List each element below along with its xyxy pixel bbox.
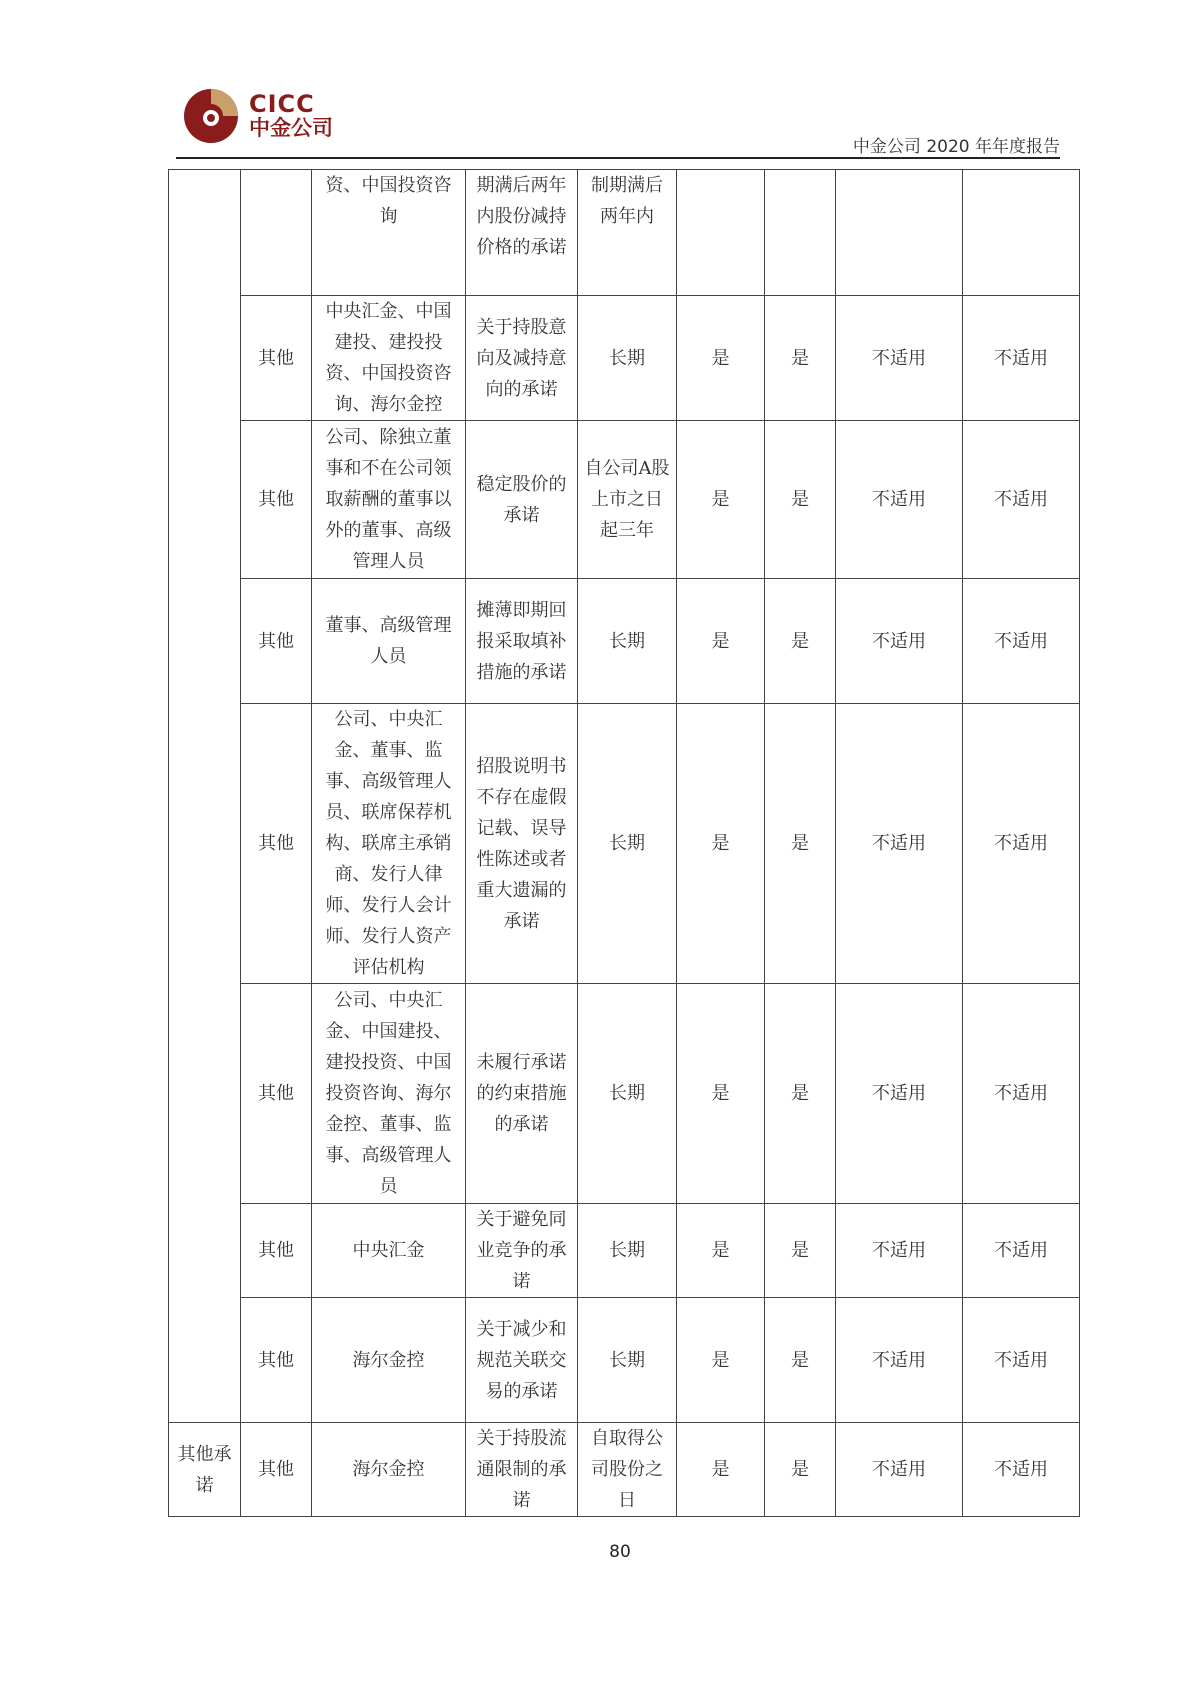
cell-content: 未履行承诺的约束措施的承诺 (466, 984, 578, 1204)
cell-type: 其他 (241, 579, 312, 704)
cell-type: 其他 (241, 296, 312, 421)
cell-term: 长期 (578, 296, 677, 421)
cell-party: 资、中国投资咨询 (312, 170, 466, 296)
cell-fulfilled (765, 170, 836, 296)
cell-content: 期满后两年内股份减持价格的承诺 (466, 170, 578, 296)
table-row: 其他承诺 其他 海尔金控 关于持股流通限制的承诺 自取得公司股份之日 是 是 不… (169, 1423, 1080, 1517)
cell-has-term: 是 (677, 579, 765, 704)
cell-party: 中央汇金 (312, 1204, 466, 1298)
cell-reason: 不适用 (836, 1298, 963, 1423)
cell-content: 关于持股流通限制的承诺 (466, 1423, 578, 1517)
cell-plan: 不适用 (963, 579, 1080, 704)
page-number: 80 (0, 1542, 1190, 1562)
cell-reason: 不适用 (836, 579, 963, 704)
cell-plan (963, 170, 1080, 296)
cell-reason: 不适用 (836, 1204, 963, 1298)
table-row: 资、中国投资咨询 期满后两年内股份减持价格的承诺 制期满后两年内 (169, 170, 1080, 296)
cell-party: 中央汇金、中国建投、建投投资、中国投资咨询、海尔金控 (312, 296, 466, 421)
table-row: 其他 公司、中央汇金、董事、监事、高级管理人员、联席保荐机构、联席主承销商、发行… (169, 704, 1080, 984)
cell-term: 自取得公司股份之日 (578, 1423, 677, 1517)
cell-term: 长期 (578, 579, 677, 704)
table-row: 其他 公司、中央汇金、中国建投、建投投资、中国投资咨询、海尔金控、董事、监事、高… (169, 984, 1080, 1204)
cell-background: 其他承诺 (169, 1423, 241, 1517)
cell-fulfilled: 是 (765, 296, 836, 421)
cell-plan: 不适用 (963, 1204, 1080, 1298)
cell-background (169, 170, 241, 1423)
table-row: 其他 中央汇金 关于避免同业竞争的承诺 长期 是 是 不适用 不适用 (169, 1204, 1080, 1298)
cell-term: 长期 (578, 1204, 677, 1298)
cell-has-term: 是 (677, 1204, 765, 1298)
cell-plan: 不适用 (963, 984, 1080, 1204)
cell-reason: 不适用 (836, 704, 963, 984)
cell-term: 制期满后两年内 (578, 170, 677, 296)
cell-fulfilled: 是 (765, 704, 836, 984)
cell-fulfilled: 是 (765, 421, 836, 579)
cell-party: 公司、中央汇金、中国建投、建投投资、中国投资咨询、海尔金控、董事、监事、高级管理… (312, 984, 466, 1204)
cell-fulfilled: 是 (765, 1298, 836, 1423)
cell-type: 其他 (241, 1204, 312, 1298)
cell-term: 长期 (578, 984, 677, 1204)
cell-type: 其他 (241, 704, 312, 984)
cell-has-term: 是 (677, 1423, 765, 1517)
cicc-logo-icon (183, 88, 239, 144)
cell-fulfilled: 是 (765, 1204, 836, 1298)
cell-content: 稳定股价的承诺 (466, 421, 578, 579)
cell-reason (836, 170, 963, 296)
cell-plan: 不适用 (963, 421, 1080, 579)
cicc-logo: CICC 中金公司 (183, 88, 353, 148)
cell-reason: 不适用 (836, 984, 963, 1204)
cell-has-term: 是 (677, 984, 765, 1204)
table-row: 其他 公司、除独立董事和不在公司领取薪酬的董事以外的董事、高级管理人员 稳定股价… (169, 421, 1080, 579)
logo-text-en: CICC (249, 92, 315, 116)
cell-type: 其他 (241, 1298, 312, 1423)
report-title: 中金公司 2020 年年度报告 (853, 132, 1060, 157)
logo-text-cn: 中金公司 (249, 116, 333, 140)
cell-plan: 不适用 (963, 1423, 1080, 1517)
table-row: 其他 海尔金控 关于减少和规范关联交易的承诺 长期 是 是 不适用 不适用 (169, 1298, 1080, 1423)
cell-has-term: 是 (677, 1298, 765, 1423)
cell-has-term: 是 (677, 421, 765, 579)
cell-plan: 不适用 (963, 296, 1080, 421)
cell-fulfilled: 是 (765, 579, 836, 704)
cell-type (241, 170, 312, 296)
cell-term: 自公司A股上市之日起三年 (578, 421, 677, 579)
cell-term: 长期 (578, 704, 677, 984)
header-divider (176, 157, 1060, 159)
cell-term: 长期 (578, 1298, 677, 1423)
table-row: 其他 董事、高级管理人员 摊薄即期回报采取填补措施的承诺 长期 是 是 不适用 … (169, 579, 1080, 704)
cell-type: 其他 (241, 421, 312, 579)
cell-content: 招股说明书不存在虚假记载、误导性陈述或者重大遗漏的承诺 (466, 704, 578, 984)
cell-fulfilled: 是 (765, 984, 836, 1204)
commitments-table: 资、中国投资咨询 期满后两年内股份减持价格的承诺 制期满后两年内 其他 中央汇金… (168, 169, 1080, 1517)
cell-type: 其他 (241, 1423, 312, 1517)
cell-type: 其他 (241, 984, 312, 1204)
cell-party: 海尔金控 (312, 1423, 466, 1517)
cell-content: 关于减少和规范关联交易的承诺 (466, 1298, 578, 1423)
table-row: 其他 中央汇金、中国建投、建投投资、中国投资咨询、海尔金控 关于持股意向及减持意… (169, 296, 1080, 421)
cell-party: 公司、除独立董事和不在公司领取薪酬的董事以外的董事、高级管理人员 (312, 421, 466, 579)
cell-plan: 不适用 (963, 1298, 1080, 1423)
cell-party: 董事、高级管理人员 (312, 579, 466, 704)
cell-content: 摊薄即期回报采取填补措施的承诺 (466, 579, 578, 704)
cell-has-term: 是 (677, 704, 765, 984)
cell-content: 关于避免同业竞争的承诺 (466, 1204, 578, 1298)
cell-party: 海尔金控 (312, 1298, 466, 1423)
cell-content: 关于持股意向及减持意向的承诺 (466, 296, 578, 421)
cell-has-term: 是 (677, 296, 765, 421)
cell-plan: 不适用 (963, 704, 1080, 984)
cell-has-term (677, 170, 765, 296)
cell-fulfilled: 是 (765, 1423, 836, 1517)
cell-reason: 不适用 (836, 1423, 963, 1517)
cell-reason: 不适用 (836, 296, 963, 421)
cell-reason: 不适用 (836, 421, 963, 579)
cell-party: 公司、中央汇金、董事、监事、高级管理人员、联席保荐机构、联席主承销商、发行人律师… (312, 704, 466, 984)
